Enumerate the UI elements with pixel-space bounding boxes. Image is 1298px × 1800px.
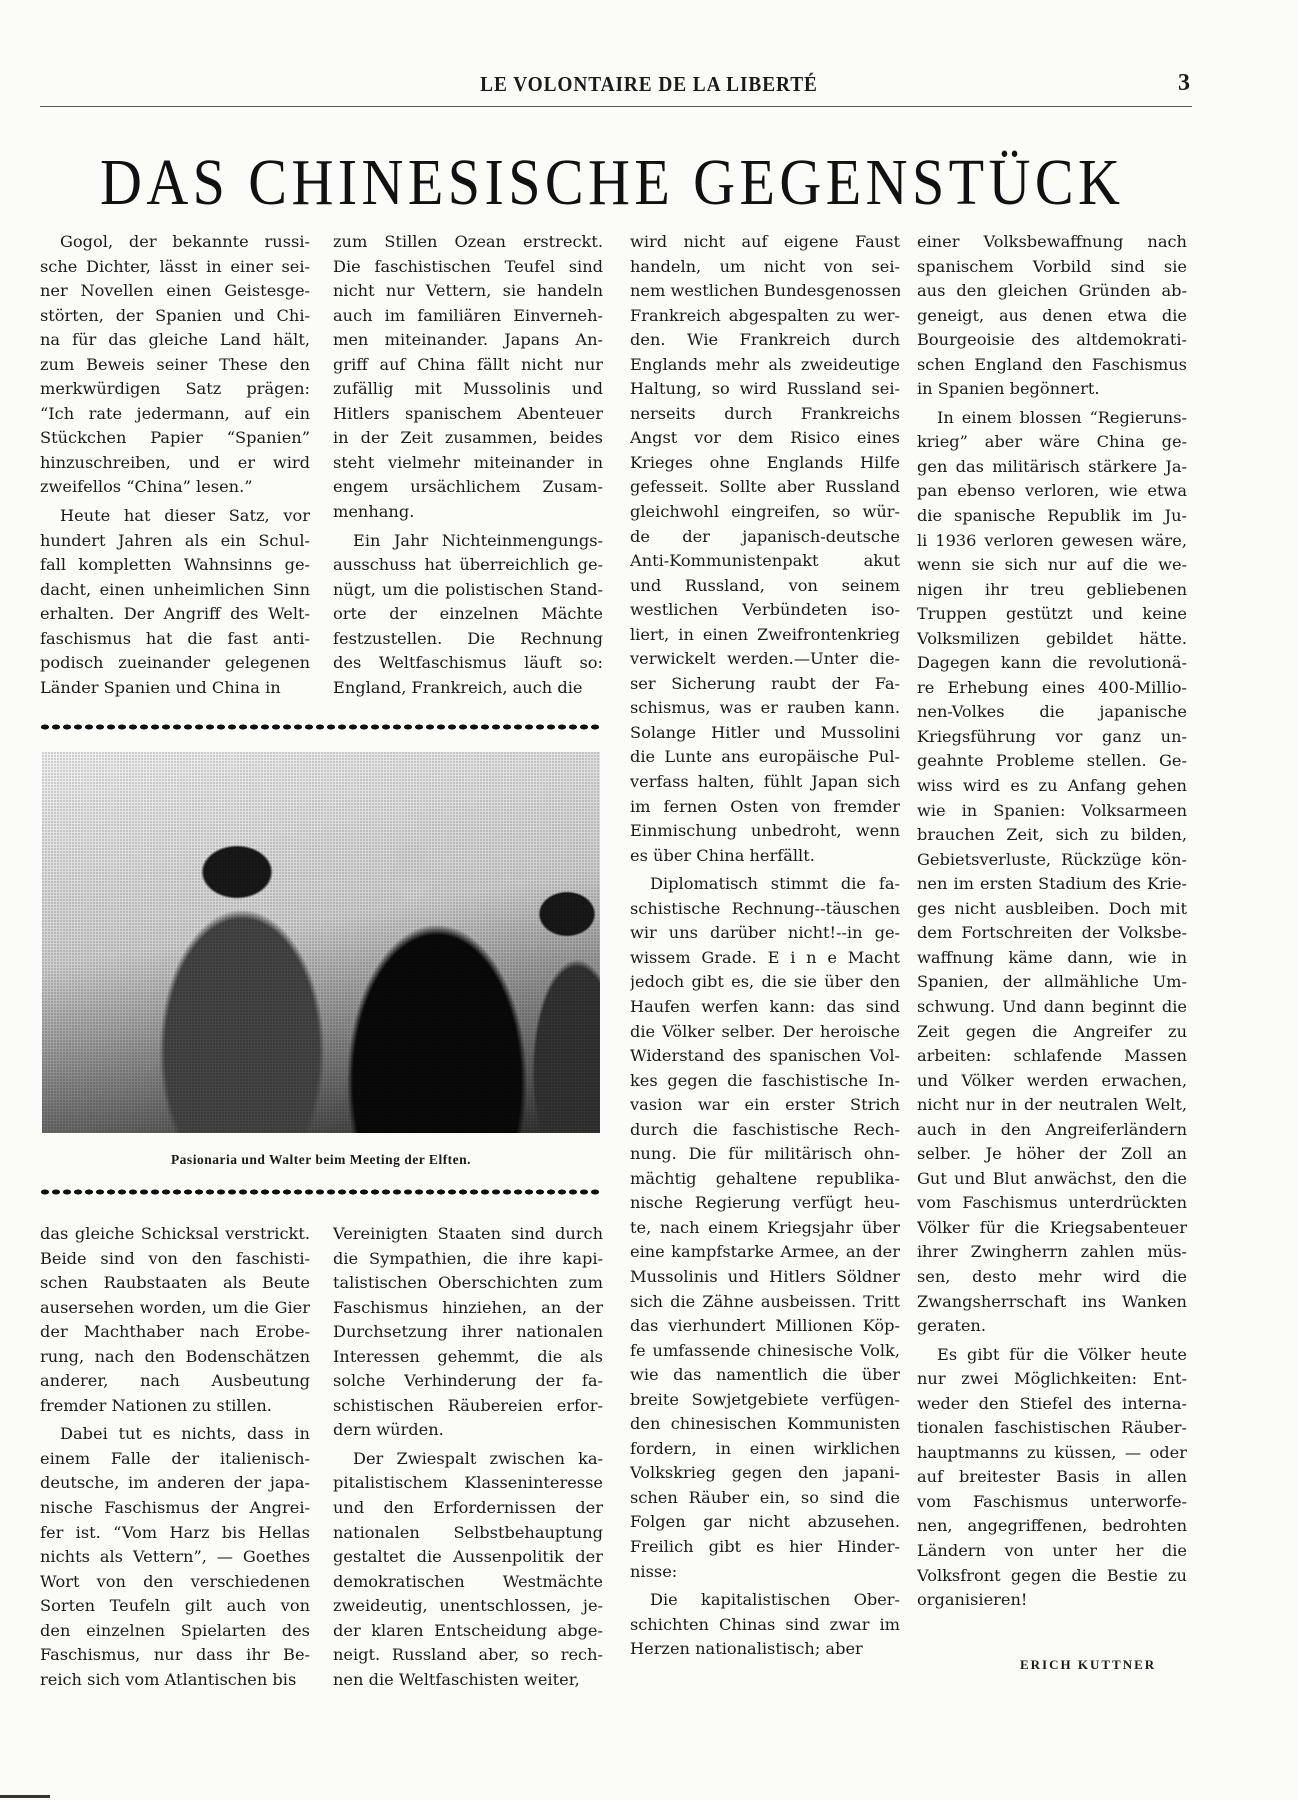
text-line: fall kompletten Wahnsinns ge-: [40, 553, 310, 578]
text-line: nicht nur Vettern, sie handeln: [333, 279, 603, 304]
text-line: na für das gleiche Land hält,: [40, 328, 310, 353]
text-line: geraten.: [917, 1314, 1187, 1339]
text-line: nen im ersten Stadium des Krie-: [917, 872, 1187, 897]
article-paragraph: In einem blossen “Regieruns-krieg” aber …: [917, 406, 1187, 1339]
dotted-separator-bottom: [40, 1189, 600, 1195]
text-line: Widerstand des spanischen Vol-: [630, 1044, 900, 1069]
text-line: die Völker selber. Der heroische: [630, 1020, 900, 1045]
text-line: te, nach einem Kriegsjahr über: [630, 1216, 900, 1241]
text-line: merkwürdigen Satz prägen:: [40, 377, 310, 402]
text-line: schistische Rechnung--täuschen: [630, 897, 900, 922]
text-line: Frankreich abgespalten zu wer-: [630, 304, 900, 329]
text-line: Ein Jahr Nichteinmengungs-: [333, 529, 603, 554]
text-line: men miteinander. Japans An-: [333, 328, 603, 353]
text-line: erhalten. Der Angriff des Welt-: [40, 602, 310, 627]
article-paragraph: wird nicht auf eigene Fausthandeln, um n…: [630, 230, 900, 868]
text-line: schichten Chinas sind zwar im: [630, 1613, 900, 1638]
text-line: Krieges ohne Englands Hilfe: [630, 451, 900, 476]
text-line: einem Falle der italienisch-: [40, 1447, 310, 1472]
text-line: und den Erfordernissen der: [333, 1496, 603, 1521]
text-line: demokratischen Westmächte: [333, 1570, 603, 1595]
text-line: pitalistischem Klasseninteresse: [333, 1471, 603, 1496]
text-line: sche Dichter, lässt in einer sei-: [40, 255, 310, 280]
text-line: Volksmilizen gebildet hätte.: [917, 627, 1187, 652]
text-line: störten, der Spanien und Chi-: [40, 304, 310, 329]
text-line: “Ich rate jedermann, auf ein: [40, 402, 310, 427]
text-line: gen das militärisch stärkere Ja-: [917, 455, 1187, 480]
text-line: nem westlichen Bundesgenossen: [630, 279, 900, 304]
text-line: engem ursächlichem Zusam-: [333, 475, 603, 500]
text-line: Durchsetzung ihrer nationalen: [333, 1320, 603, 1345]
article-paragraph: Gogol, der bekannte russi-sche Dichter, …: [40, 230, 310, 500]
text-line: nen-Volkes die japanische: [917, 700, 1187, 725]
text-line: Volksfront gegen die Bestie zu: [917, 1564, 1187, 1589]
article-paragraph: einer Volksbewaffnung nachspanischem Vor…: [917, 230, 1187, 402]
text-line: Ländern von unter her die: [917, 1539, 1187, 1564]
text-line: dern würden.: [333, 1418, 603, 1443]
article-paragraph: Es gibt für die Völker heutenur zwei Mög…: [917, 1343, 1187, 1613]
text-line: de der japanisch-deutsche: [630, 525, 900, 550]
article-paragraph: Vereinigten Staaten sind durchdie Sympat…: [333, 1222, 603, 1443]
text-line: in der Zeit zusammen, beides: [333, 426, 603, 451]
text-line: und Völker werden erwachen,: [917, 1069, 1187, 1094]
text-line: Spanien, der allmähliche Um-: [917, 970, 1187, 995]
text-line: schen England den Faschismus: [917, 353, 1187, 378]
article-byline: ERICH KUTTNER: [1020, 1657, 1156, 1673]
article-headline: DAS CHINESISCHE GEGENSTÜCK: [100, 150, 1006, 216]
text-line: Länder Spanien und China in: [40, 676, 310, 701]
text-line: Diplomatisch stimmt die fa-: [630, 872, 900, 897]
text-line: nen, angegriffenen, bedrohten: [917, 1514, 1187, 1539]
text-line: mächtig gehaltene republika-: [630, 1167, 900, 1192]
text-line: wenn sie sich nur auf die we-: [917, 553, 1187, 578]
column-1-upper: Gogol, der bekannte russi-sche Dichter, …: [40, 230, 310, 700]
text-line: Die kapitalistischen Ober-: [630, 1588, 900, 1613]
text-line: dacht, einen unheimlichen Sinn: [40, 578, 310, 603]
text-line: zum Stillen Ozean erstreckt.: [333, 230, 603, 255]
text-line: ser Sicherung raubt der Fa-: [630, 672, 900, 697]
text-line: westlichen Verbündeten iso-: [630, 598, 900, 623]
article-paragraph: Der Zwiespalt zwischen ka-pitalistischem…: [333, 1447, 603, 1692]
text-line: breite Sowjetgebiete verfügen-: [630, 1388, 900, 1413]
text-line: Gebietsverluste, Rückzüge kön-: [917, 848, 1187, 873]
text-line: wir uns darüber nicht!--in ge-: [630, 921, 900, 946]
text-line: organisieren!: [917, 1588, 1187, 1613]
text-line: talistischen Oberschichten zum: [333, 1271, 603, 1296]
header-rule: [40, 106, 1192, 107]
text-line: liert, in einen Zweifrontenkrieg: [630, 623, 900, 648]
text-line: des Weltfaschismus läuft so:: [333, 651, 603, 676]
text-line: schen Räuber ein, so sind die: [630, 1486, 900, 1511]
text-line: li 1936 verloren gewesen wäre,: [917, 529, 1187, 554]
newspaper-masthead: LE VOLONTAIRE DE LA LIBERTÉ: [52, 72, 1246, 97]
text-line: pan ebenso verloren, wie etwa: [917, 479, 1187, 504]
text-line: nügt, um die polistischen Stand-: [333, 578, 603, 603]
text-line: zum Beweis seiner These den: [40, 353, 310, 378]
text-line: fer ist. “Vom Harz bis Hellas: [40, 1521, 310, 1546]
text-line: dem Fortschreiten der Volksbe-: [917, 921, 1187, 946]
text-line: Die faschistischen Teufel sind: [333, 255, 603, 280]
text-line: Haltung, so wird Russland sei-: [630, 377, 900, 402]
text-line: vom Faschismus unterworfe-: [917, 1490, 1187, 1515]
text-line: Haufen werfen kann: das sind: [630, 995, 900, 1020]
text-line: Sorten Teufeln gilt auch von: [40, 1594, 310, 1619]
text-line: zweideutig, unentschlossen, je-: [333, 1594, 603, 1619]
text-line: England, Frankreich, auch die: [333, 676, 603, 701]
text-line: gleichwohl eingreifen, so wür-: [630, 500, 900, 525]
text-line: zufällig mit Mussolinis und: [333, 377, 603, 402]
text-line: in Spanien begönnert.: [917, 377, 1187, 402]
scan-edge-mark: [0, 1795, 50, 1798]
text-line: Gogol, der bekannte russi-: [40, 230, 310, 255]
text-line: selber. Je höher der Zoll an: [917, 1142, 1187, 1167]
column-2-lower: Vereinigten Staaten sind durchdie Sympat…: [333, 1222, 603, 1692]
article-paragraph: Diplomatisch stimmt die fa-schistische R…: [630, 872, 900, 1584]
text-line: Der Zwiespalt zwischen ka-: [333, 1447, 603, 1472]
text-line: auch in den Angreiferländern: [917, 1118, 1187, 1143]
text-line: tionalen faschistischen Räuber-: [917, 1416, 1187, 1441]
text-line: deutsche, im anderen der japa-: [40, 1471, 310, 1496]
text-line: reich sich vom Atlantischen bis: [40, 1668, 310, 1693]
text-line: sich die Zähne ausbeissen. Tritt: [630, 1290, 900, 1315]
text-line: die spanische Republik im Ju-: [917, 504, 1187, 529]
text-line: Kriegsführung vor ganz un-: [917, 725, 1187, 750]
text-line: nur zwei Möglichkeiten: Ent-: [917, 1367, 1187, 1392]
text-line: ner Novellen einen Geistesge-: [40, 279, 310, 304]
text-line: griff auf China fällt nicht nur: [333, 353, 603, 378]
text-line: gestaltet die Aussenpolitik der: [333, 1545, 603, 1570]
text-line: hinzuschreiben, und er wird: [40, 451, 310, 476]
text-line: Folgen gar nicht abzusehen.: [630, 1510, 900, 1535]
text-line: neigt. Russland aber, so rech-: [333, 1643, 603, 1668]
text-line: hauptmanns zu küssen, — oder: [917, 1441, 1187, 1466]
text-line: nische Faschismus der Angrei-: [40, 1496, 310, 1521]
text-line: wie das namentlich die über: [630, 1363, 900, 1388]
text-line: brauchen Zeit, sich zu bilden,: [917, 823, 1187, 848]
text-line: anderer, nach Ausbeutung: [40, 1369, 310, 1394]
text-line: ges nicht ausbleiben. Doch mit: [917, 897, 1187, 922]
text-line: Faschismus hinziehen, an der: [333, 1296, 603, 1321]
text-line: aus den gleichen Gründen ab-: [917, 279, 1187, 304]
text-line: Interessen gehemmt, die als: [333, 1345, 603, 1370]
article-paragraph: das gleiche Schicksal verstrickt.Beide s…: [40, 1222, 310, 1418]
text-line: jedoch gibt es, die sie über den: [630, 970, 900, 995]
text-line: steht vielmehr miteinander in: [333, 451, 603, 476]
column-1-lower: das gleiche Schicksal verstrickt.Beide s…: [40, 1222, 310, 1692]
text-line: nicht nur in der neutralen Welt,: [917, 1093, 1187, 1118]
text-line: zweifellos “China” lesen.”: [40, 475, 310, 500]
text-line: nationalen Selbstbehauptung: [333, 1521, 603, 1546]
text-line: Dabei tut es nichts, dass in: [40, 1422, 310, 1447]
text-line: Wort von den verschiedenen: [40, 1570, 310, 1595]
text-line: handeln, um nicht von sei-: [630, 255, 900, 280]
text-line: In einem blossen “Regieruns-: [917, 406, 1187, 431]
text-line: gefesseit. Sollte aber Russland: [630, 475, 900, 500]
text-line: die Lunte ans europäische Pul-: [630, 745, 900, 770]
text-line: weder den Stiefel des interna-: [917, 1392, 1187, 1417]
text-line: orte der einzelnen Mächte: [333, 602, 603, 627]
text-line: Dagegen kann die revolutionä-: [917, 651, 1187, 676]
text-line: fordern, in einen wirklichen: [630, 1437, 900, 1462]
text-line: nerseits durch Frankreichs: [630, 402, 900, 427]
text-line: wissem Grade. E i n e Macht: [630, 946, 900, 971]
text-line: die Sympathien, die ihre kapi-: [333, 1247, 603, 1272]
text-line: Es gibt für die Völker heute: [917, 1343, 1187, 1368]
text-line: das gleiche Schicksal verstrickt.: [40, 1222, 310, 1247]
text-line: verwickelt werden.—Unter die-: [630, 647, 900, 672]
text-line: fe umfassende chinesische Volk,: [630, 1339, 900, 1364]
text-line: Herzen nationalistisch; aber: [630, 1637, 900, 1662]
text-line: Völker für die Kriegsabenteuer: [917, 1216, 1187, 1241]
column-2-upper: zum Stillen Ozean erstreckt.Die faschist…: [333, 230, 603, 700]
text-line: einer Volksbewaffnung nach: [917, 230, 1187, 255]
text-line: wird nicht auf eigene Faust: [630, 230, 900, 255]
text-line: rung, nach den Bodenschätzen: [40, 1345, 310, 1370]
text-line: ihrer Zwingherrn zahlen müs-: [917, 1240, 1187, 1265]
text-line: fremder Nationen zu stillen.: [40, 1394, 310, 1419]
text-line: geahnte Probleme stellen. Ge-: [917, 749, 1187, 774]
text-line: der klaren Entscheidung abge-: [333, 1619, 603, 1644]
text-line: Zeit gegen die Angreifer zu: [917, 1020, 1187, 1045]
text-line: im fernen Osten von fremder: [630, 795, 900, 820]
text-line: der Machthaber nach Erobe-: [40, 1320, 310, 1345]
text-line: Faschismus, nur dass ihr Be-: [40, 1643, 310, 1668]
text-line: wiss wird es zu Anfang gehen: [917, 774, 1187, 799]
text-line: Heute hat dieser Satz, vor: [40, 504, 310, 529]
text-line: ausschuss hat überreichlich ge-: [333, 553, 603, 578]
photo-caption: Pasionaria und Walter beim Meeting der E…: [42, 1152, 600, 1168]
text-line: den. Wie Frankreich durch: [630, 328, 900, 353]
column-3: wird nicht auf eigene Fausthandeln, um n…: [630, 230, 900, 1662]
text-line: durch die faschistische Rech-: [630, 1118, 900, 1143]
text-line: Hitlers spanischem Abenteuer: [333, 402, 603, 427]
text-line: und Russland, von seinem: [630, 574, 900, 599]
page-number: 3: [1178, 70, 1190, 97]
text-line: nische Regierung verfügt heu-: [630, 1191, 900, 1216]
text-line: Mussolinis und Hitlers Söldner: [630, 1265, 900, 1290]
text-line: Einmischung unbedroht, wenn: [630, 819, 900, 844]
text-line: Angst vor dem Risico eines: [630, 426, 900, 451]
text-line: waffnung käme dann, wie in: [917, 946, 1187, 971]
text-line: Freilich gibt es hier Hinder-: [630, 1535, 900, 1560]
text-line: verfass halten, fühlt Japan sich: [630, 770, 900, 795]
text-line: Solange Hitler und Mussolini: [630, 721, 900, 746]
text-line: sen, desto mehr wird die: [917, 1265, 1187, 1290]
text-line: festzustellen. Die Rechnung: [333, 627, 603, 652]
text-line: schwung. Und dann beginnt die: [917, 995, 1187, 1020]
text-line: nisse:: [630, 1560, 900, 1585]
article-paragraph: Dabei tut es nichts, dass ineinem Falle …: [40, 1422, 310, 1692]
text-line: wie in Spanien: Volksarmeen: [917, 799, 1187, 824]
text-line: auch im familiären Einverneh-: [333, 304, 603, 329]
text-line: Gut und Blut anwächst, den die: [917, 1167, 1187, 1192]
text-line: hundert Jahren als ein Schul-: [40, 529, 310, 554]
text-line: kes gegen die faschistische In-: [630, 1069, 900, 1094]
text-line: re Erhebung eines 400-Millio-: [917, 676, 1187, 701]
text-line: krieg” aber wäre China ge-: [917, 430, 1187, 455]
article-paragraph: zum Stillen Ozean erstreckt.Die faschist…: [333, 230, 603, 525]
text-line: spanischem Vorbild sind sie: [917, 255, 1187, 280]
column-4: einer Volksbewaffnung nachspanischem Vor…: [917, 230, 1187, 1613]
text-line: schistischen Räubereien erfor-: [333, 1394, 603, 1419]
text-line: nigen ihr treu gebliebenen: [917, 578, 1187, 603]
text-line: nichts als Vettern”, — Goethes: [40, 1545, 310, 1570]
text-line: auf breitester Basis in allen: [917, 1465, 1187, 1490]
text-line: Bourgeoisie des altdemokrati-: [917, 328, 1187, 353]
text-line: vom Faschismus unterdrückten: [917, 1191, 1187, 1216]
text-line: eine kampfstarke Armee, an der: [630, 1240, 900, 1265]
text-line: Anti-Kommunistenpakt akut: [630, 549, 900, 574]
text-line: Vereinigten Staaten sind durch: [333, 1222, 603, 1247]
text-line: Truppen gestützt und keine: [917, 602, 1187, 627]
text-line: arbeiten: schlafende Massen: [917, 1044, 1187, 1069]
text-line: Englands mehr als zweideutige: [630, 353, 900, 378]
text-line: vasion war ein erster Strich: [630, 1093, 900, 1118]
text-line: solche Verhinderung der fa-: [333, 1369, 603, 1394]
text-line: Zwangsherrschaft ins Wanken: [917, 1290, 1187, 1315]
text-line: schismus, was er rauben kann.: [630, 696, 900, 721]
article-photo: [42, 752, 600, 1133]
text-line: faschismus hat die fast anti-: [40, 627, 310, 652]
text-line: menhang.: [333, 500, 603, 525]
text-line: den chinesischen Kommunisten: [630, 1412, 900, 1437]
text-line: geneigt, aus denen etwa die: [917, 304, 1187, 329]
text-line: schen Raubstaaten als Beute: [40, 1271, 310, 1296]
text-line: das vierhundert Millionen Köp-: [630, 1314, 900, 1339]
article-paragraph: Die kapitalistischen Ober-schichten Chin…: [630, 1588, 900, 1662]
text-line: Beide sind von den faschisti-: [40, 1247, 310, 1272]
text-line: nen die Weltfaschisten weiter,: [333, 1668, 603, 1693]
article-paragraph: Heute hat dieser Satz, vorhundert Jahren…: [40, 504, 310, 700]
text-line: den einzelnen Spielarten des: [40, 1619, 310, 1644]
text-line: ausersehen worden, um die Gier: [40, 1296, 310, 1321]
text-line: es über China herfällt.: [630, 844, 900, 869]
dotted-separator-top: [40, 724, 600, 730]
text-line: Stückchen Papier “Spanien”: [40, 426, 310, 451]
article-paragraph: Ein Jahr Nichteinmengungs-ausschuss hat …: [333, 529, 603, 701]
text-line: Volkskrieg gegen den japani-: [630, 1461, 900, 1486]
text-line: nung. Die für militärisch ohn-: [630, 1142, 900, 1167]
text-line: podisch zueinander gelegenen: [40, 651, 310, 676]
